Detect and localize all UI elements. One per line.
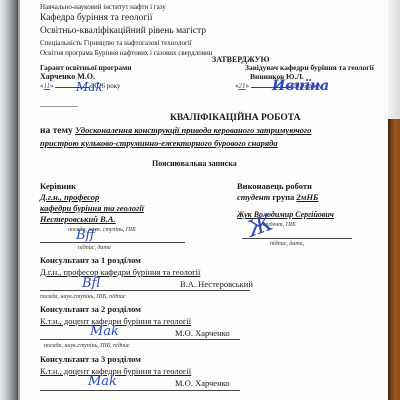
- document-page: Навчально-науковий інститут нафти і газу…: [20, 0, 388, 400]
- supervisor-degree: Д.г.н., професор: [40, 193, 99, 202]
- guarantor-title: Гарант освітньої програми: [40, 64, 132, 72]
- supervisor-signature: Bff: [76, 228, 95, 243]
- consultant-2-name: М.О. Харченко: [175, 329, 230, 338]
- student-sign-line: [242, 238, 352, 239]
- supervisor-label: Керівник: [40, 182, 76, 191]
- consultant-3-label: Консультант за 3 розділом: [40, 355, 141, 364]
- supervisor-name: Нестеровський В.А.: [40, 215, 116, 224]
- institute-line: Навчально-науковий інститут нафти і газу: [40, 4, 166, 11]
- head-title: Завідувач кафедри буріння та геології: [245, 64, 374, 72]
- consultant-1-label: Консультант за 1 розділом: [40, 256, 141, 265]
- background-light: [388, 0, 400, 119]
- consultant-1-position: Д.г.н., професор кафедри буріння та геол…: [40, 268, 200, 277]
- consultant-3-name: М.О. Харченко: [175, 379, 230, 388]
- consultant-2-line: [40, 339, 240, 340]
- supervisor-sign-line: [40, 242, 185, 243]
- supervisor-sign-caption: підпис, дата: [78, 245, 111, 251]
- binder-edge: [0, 0, 18, 400]
- consultant-2-signature: Mak: [90, 324, 119, 339]
- head-day: 21: [239, 82, 246, 90]
- head-signature: Ивиїна: [272, 78, 329, 94]
- consultant-3-line: [40, 390, 240, 391]
- wooden-table-edge: [388, 119, 400, 400]
- student-group: студент група 2мНБ: [237, 193, 318, 202]
- consultant-2-label: Консультант за 2 розділом: [40, 305, 141, 314]
- topic-line-1: на тему Удосконалення конструкції привод…: [40, 126, 311, 137]
- consultant-1-line: [40, 290, 250, 291]
- program-line: Освітня програма Буріння нафтових і газо…: [40, 50, 213, 57]
- specialty-line: Спеціальність Гірництво та нафтогазові т…: [40, 40, 192, 47]
- guarantor-signature: Mak: [76, 80, 103, 94]
- supervisor-department: кафедри буріння та геології: [40, 204, 144, 213]
- consultant-1-signature: Bfl: [82, 276, 100, 291]
- topic-line-2: пристрою кульково-струминно-ежекторного …: [40, 139, 278, 148]
- department-line: Кафедра буріння та геології: [40, 14, 153, 24]
- consultant-2-caption: посада, наук.ступінь, ПІБ, підпис: [44, 343, 130, 349]
- document-heading: КВАЛІФІКАЦІЙНА РОБОТА: [170, 114, 300, 124]
- consultant-1-caption: посада, наук.ступінь, ПІБ, підпис: [40, 294, 126, 300]
- consultant-1-name: В.А. Нестеровський: [180, 280, 253, 289]
- subtitle: Пояснювальна записка: [152, 160, 237, 168]
- consultant-3-signature: Mak: [88, 374, 117, 389]
- divider: [40, 106, 78, 107]
- level-line: Освітньо-кваліфікаційний рівень магістр: [40, 27, 206, 37]
- student-label: Виконавець роботи: [237, 182, 312, 191]
- student-sign-caption: підпис, дата,: [270, 241, 304, 247]
